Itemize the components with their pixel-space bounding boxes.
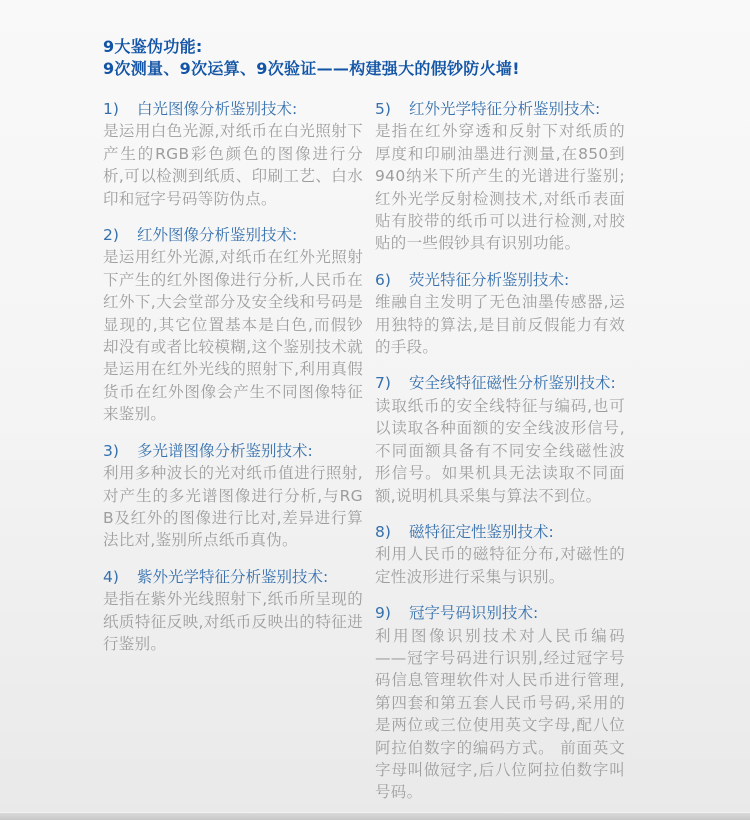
section-6-heading: 6)荧光特征分析鉴别技术: — [375, 269, 625, 291]
section-6-title: 荧光特征分析鉴别技术: — [409, 271, 569, 289]
section-4-heading: 4)紫外光学特征分析鉴别技术: — [103, 566, 363, 588]
section-9-number: 9) — [375, 602, 409, 624]
section-7-heading: 7)安全线特征磁性分析鉴别技术: — [375, 372, 625, 394]
section-2-title: 红外图像分析鉴别技术: — [137, 226, 297, 244]
title-line-2: 9次测量、9次运算、9次验证——构建强大的假钞防火墙! — [103, 58, 633, 80]
section-8-heading: 8)磁特征定性鉴别技术: — [375, 521, 625, 543]
section-3: 3)多光谱图像分析鉴别技术: 利用多种波长的光对纸币值进行照射,对产生的多光谱图… — [103, 440, 363, 552]
section-9: 9)冠字号码识别技术: 利用图像识别技术对人民币编码——冠字号码进行识别,经过冠… — [375, 602, 625, 804]
section-7-number: 7) — [375, 372, 409, 394]
title-line-1: 9大鉴伪功能: — [103, 36, 633, 58]
section-4-body: 是指在紫外光线照射下,纸币所呈现的纸质特征反映,对纸币反映出的特征进行鉴别。 — [103, 588, 363, 655]
section-3-heading: 3)多光谱图像分析鉴别技术: — [103, 440, 363, 462]
section-9-body: 利用图像识别技术对人民币编码——冠字号码进行识别,经过冠字号码信息管理软件对人民… — [375, 625, 625, 804]
section-4: 4)紫外光学特征分析鉴别技术: 是指在紫外光线照射下,纸币所呈现的纸质特征反映,… — [103, 566, 363, 656]
section-7-body: 读取纸币的安全线特征与编码,也可以读取各种面额的安全线波形信号,不同面额具备有不… — [375, 395, 625, 507]
section-5-body: 是指在红外穿透和反射下对纸质的厚度和印刷油墨进行测量,在850到940纳米下所产… — [375, 120, 625, 254]
section-2-heading: 2)红外图像分析鉴别技术: — [103, 224, 363, 246]
section-4-number: 4) — [103, 566, 137, 588]
section-5-title: 红外光学特征分析鉴别技术: — [409, 100, 600, 118]
two-column-layout: 1)白光图像分析鉴别技术: 是运用白色光源,对纸币在白光照射下产生的RGB彩色颜… — [103, 98, 633, 818]
section-6-body: 维融自主发明了无色油墨传感器,运用独特的算法,是目前反假能力有效的手段。 — [375, 291, 625, 358]
section-3-body: 利用多种波长的光对纸币值进行照射,对产生的多光谱图像进行分析,与RGB及红外的图… — [103, 462, 363, 552]
section-1-title: 白光图像分析鉴别技术: — [137, 100, 297, 118]
section-5: 5)红外光学特征分析鉴别技术: 是指在红外穿透和反射下对纸质的厚度和印刷油墨进行… — [375, 98, 625, 255]
section-5-heading: 5)红外光学特征分析鉴别技术: — [375, 98, 625, 120]
section-3-title: 多光谱图像分析鉴别技术: — [137, 442, 313, 460]
section-8-title: 磁特征定性鉴别技术: — [409, 523, 554, 541]
section-8-number: 8) — [375, 521, 409, 543]
section-6: 6)荧光特征分析鉴别技术: 维融自主发明了无色油墨传感器,运用独特的算法,是目前… — [375, 269, 625, 359]
section-2: 2)红外图像分析鉴别技术: 是运用红外光源,对纸币在红外光照射下产生的红外图像进… — [103, 224, 363, 426]
section-2-body: 是运用红外光源,对纸币在红外光照射下产生的红外图像进行分析,人民币在红外下,大会… — [103, 246, 363, 425]
section-5-number: 5) — [375, 98, 409, 120]
right-column: 5)红外光学特征分析鉴别技术: 是指在红外穿透和反射下对纸质的厚度和印刷油墨进行… — [375, 98, 625, 818]
section-7: 7)安全线特征磁性分析鉴别技术: 读取纸币的安全线特征与编码,也可以读取各种面额… — [375, 372, 625, 506]
section-3-number: 3) — [103, 440, 137, 462]
section-4-title: 紫外光学特征分析鉴别技术: — [137, 568, 328, 586]
section-8-body: 利用人民币的磁特征分布,对磁性的定性波形进行采集与识别。 — [375, 543, 625, 588]
section-1-number: 1) — [103, 98, 137, 120]
bottom-divider — [0, 812, 750, 820]
section-9-title: 冠字号码识别技术: — [409, 604, 538, 622]
section-8: 8)磁特征定性鉴别技术: 利用人民币的磁特征分布,对磁性的定性波形进行采集与识别… — [375, 521, 625, 588]
section-1: 1)白光图像分析鉴别技术: 是运用白色光源,对纸币在白光照射下产生的RGB彩色颜… — [103, 98, 363, 210]
section-6-number: 6) — [375, 269, 409, 291]
section-2-number: 2) — [103, 224, 137, 246]
left-column: 1)白光图像分析鉴别技术: 是运用白色光源,对纸币在白光照射下产生的RGB彩色颜… — [103, 98, 363, 818]
section-9-heading: 9)冠字号码识别技术: — [375, 602, 625, 624]
section-1-heading: 1)白光图像分析鉴别技术: — [103, 98, 363, 120]
page-background: 9大鉴伪功能: 9次测量、9次运算、9次验证——构建强大的假钞防火墙! 1)白光… — [0, 0, 750, 820]
section-7-title: 安全线特征磁性分析鉴别技术: — [409, 374, 616, 392]
section-1-body: 是运用白色光源,对纸币在白光照射下产生的RGB彩色颜色的图像进行分析,可以检测到… — [103, 120, 363, 210]
content-area: 9大鉴伪功能: 9次测量、9次运算、9次验证——构建强大的假钞防火墙! 1)白光… — [103, 36, 633, 818]
page-title: 9大鉴伪功能: 9次测量、9次运算、9次验证——构建强大的假钞防火墙! — [103, 36, 633, 80]
